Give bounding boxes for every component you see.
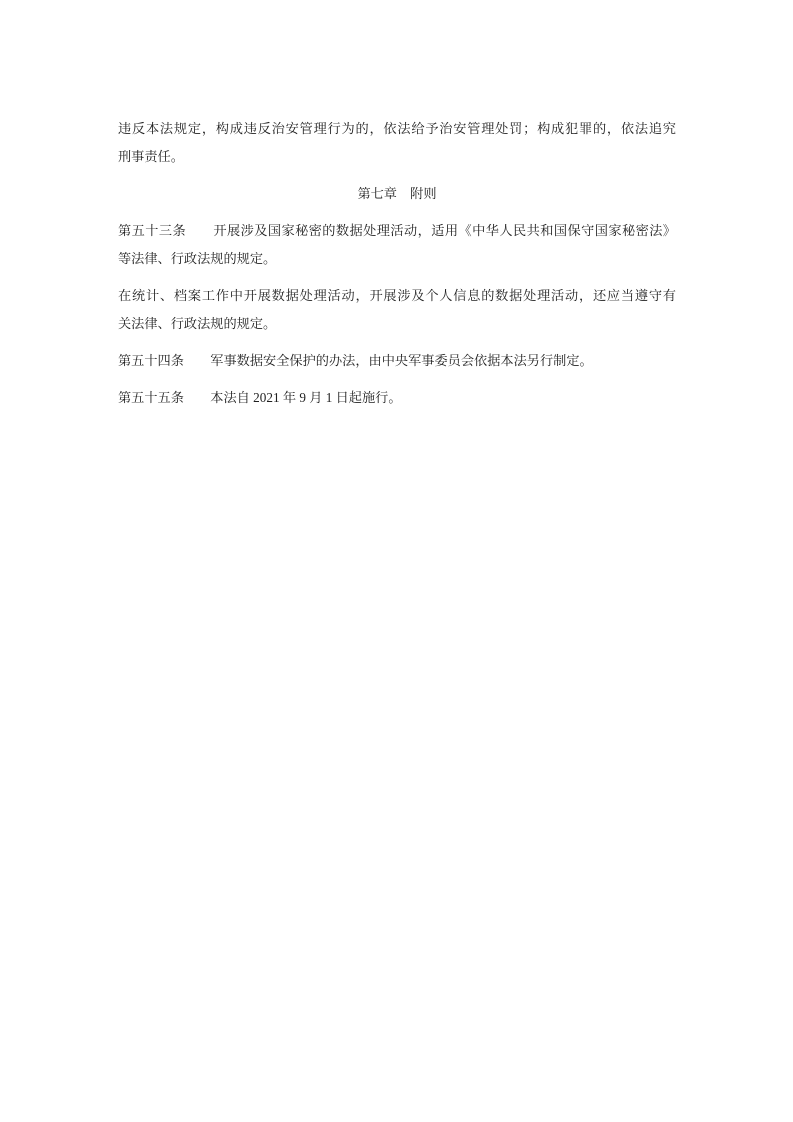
paragraph-article-52-penalty: 违反本法规定，构成违反治安管理行为的，依法给予治安管理处罚；构成犯罪的，依法追究… bbox=[118, 115, 676, 171]
chapter-heading: 第七章 附则 bbox=[118, 180, 676, 208]
paragraph-article-54: 第五十四条 军事数据安全保护的办法，由中央军事委员会依据本法另行制定。 bbox=[118, 347, 676, 375]
document-body: 违反本法规定，构成违反治安管理行为的，依法给予治安管理处罚；构成犯罪的，依法追究… bbox=[118, 115, 676, 421]
paragraph-article-53-continued: 在统计、档案工作中开展数据处理活动，开展涉及个人信息的数据处理活动，还应当遵守有… bbox=[118, 282, 676, 338]
document-page: 违反本法规定，构成违反治安管理行为的，依法给予治安管理处罚；构成犯罪的，依法追究… bbox=[0, 0, 793, 1122]
paragraph-line: 第五十三条 开展涉及国家秘密的数据处理活动，适用《中华人民共和国保守国家秘密法》 bbox=[118, 217, 676, 245]
paragraph-line: 在统计、档案工作中开展数据处理活动，开展涉及个人信息的数据处理活动，还应当遵守有 bbox=[118, 282, 676, 310]
paragraph-line: 违反本法规定，构成违反治安管理行为的，依法给予治安管理处罚；构成犯罪的，依法追究 bbox=[118, 115, 676, 143]
paragraph-line: 关法律、行政法规的规定。 bbox=[118, 310, 676, 338]
paragraph-article-55: 第五十五条 本法自 2021 年 9 月 1 日起施行。 bbox=[118, 384, 676, 412]
paragraph-line: 等法律、行政法规的规定。 bbox=[118, 245, 676, 273]
paragraph-article-53: 第五十三条 开展涉及国家秘密的数据处理活动，适用《中华人民共和国保守国家秘密法》… bbox=[118, 217, 676, 273]
paragraph-line: 第五十五条 本法自 2021 年 9 月 1 日起施行。 bbox=[118, 384, 676, 412]
paragraph-line: 第五十四条 军事数据安全保护的办法，由中央军事委员会依据本法另行制定。 bbox=[118, 347, 676, 375]
chapter-heading-text: 第七章 附则 bbox=[118, 180, 676, 208]
paragraph-line: 刑事责任。 bbox=[118, 143, 676, 171]
